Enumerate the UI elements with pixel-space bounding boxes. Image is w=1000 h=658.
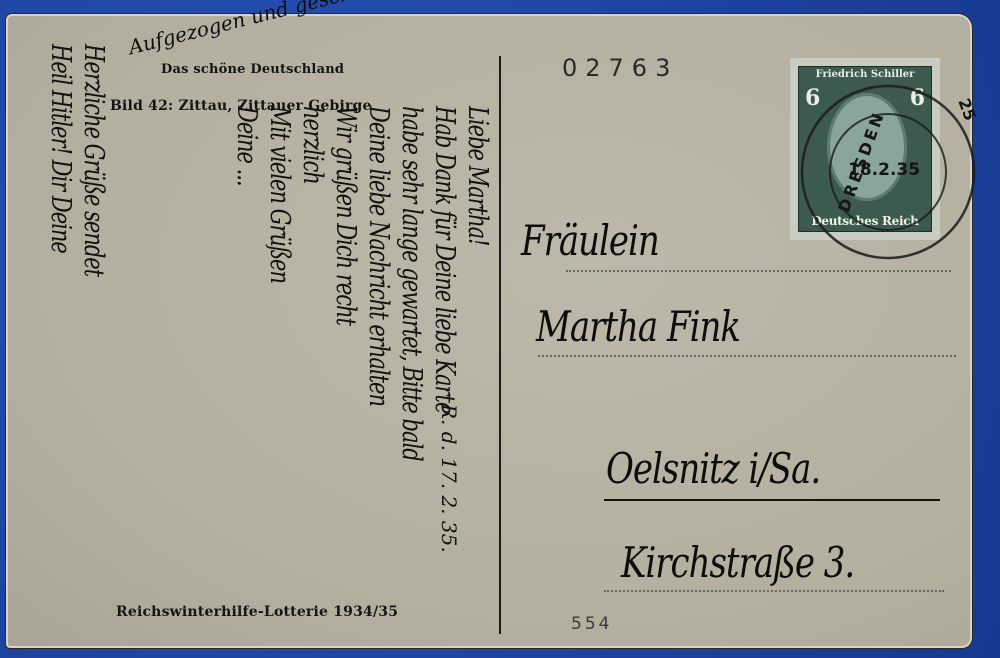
stamp-country: Deutsches Reich — [799, 214, 931, 228]
side-line: Heil Hitler! Dir Deine — [39, 44, 82, 624]
stamp-face: Friedrich Schiller 6 6 Deutsches Reich — [798, 66, 932, 232]
postage-stamp: Friedrich Schiller 6 6 Deutsches Reich — [790, 58, 940, 240]
postmark-number: 25 — [954, 96, 979, 123]
stamp-value-right: 6 — [910, 85, 925, 111]
stamp-top-text: Friedrich Schiller — [799, 69, 931, 80]
address-name: Martha Fink — [536, 302, 740, 352]
series-title: Das schöne Deutschland — [161, 62, 344, 77]
lot-number: 554 — [571, 614, 612, 634]
address-salutation: Fräulein — [521, 216, 659, 266]
archive-number: 02763 — [562, 54, 678, 82]
stamp-portrait-icon — [827, 93, 907, 201]
greeting-scrawl: Aufgezogen und geschrieben — [126, 0, 418, 59]
message-side-lines: Herzliche Grüße sendet Heil Hitler! Dir … — [20, 44, 110, 624]
address-city: Oelsnitz i/Sa. — [606, 444, 820, 494]
message-date: R. d. 17. 2. 35. — [437, 404, 461, 553]
stamp-value-left: 6 — [805, 85, 820, 111]
address-street: Kirchstraße 3. — [621, 538, 854, 588]
center-divider — [499, 56, 501, 634]
address-line-3 — [604, 499, 940, 501]
address-line-4 — [604, 590, 944, 592]
address-line-2 — [538, 355, 956, 357]
address-line-1 — [566, 270, 951, 272]
postcard: Aufgezogen und geschrieben Das schöne De… — [6, 14, 972, 648]
message-line: Deine ... — [225, 106, 268, 626]
